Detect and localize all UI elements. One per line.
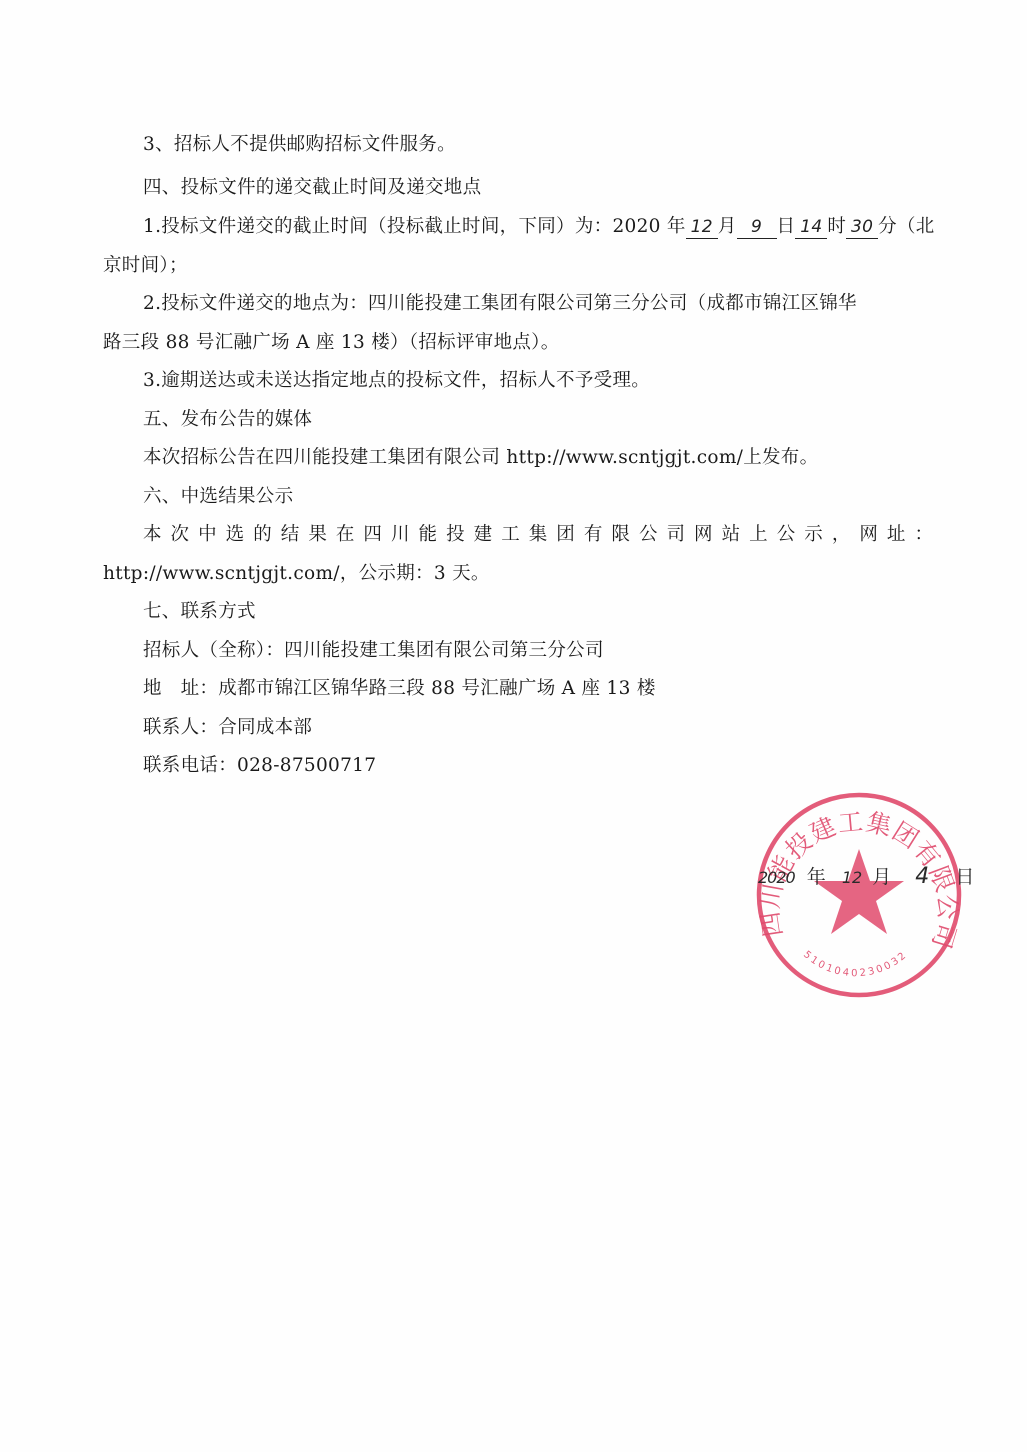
official-seal: 四川能投建工集团有限公司第三分公司 5101040230032 bbox=[755, 791, 963, 999]
sign-month: 12 bbox=[842, 863, 862, 893]
result-publicity-line: 本次中选的结果在四川能投建工集团有限公司网站上公示，网址： bbox=[143, 520, 933, 550]
deadline-day-handwritten: 9 bbox=[737, 216, 777, 239]
section-6-heading: 六、中选结果公示 bbox=[143, 482, 973, 512]
deadline-line: 1.投标文件递交的截止时间（投标截止时间，下同）为：2020 年12月9日14时… bbox=[143, 212, 973, 242]
deadline-month-handwritten: 12 bbox=[686, 216, 718, 239]
sign-year: 2020 bbox=[758, 863, 795, 893]
publication-media-line: 本次招标公告在四川能投建工集团有限公司 http://www.scntjgjt.… bbox=[143, 443, 973, 473]
deadline-continuation: 京时间）； bbox=[103, 251, 933, 281]
contact-person: 联系人：合同成本部 bbox=[143, 713, 973, 743]
section-5-heading: 五、发布公告的媒体 bbox=[143, 405, 973, 435]
hour-unit: 时 bbox=[827, 216, 846, 237]
section-4-heading: 四、投标文件的递交截止时间及递交地点 bbox=[143, 173, 973, 203]
signature-date: 2020 年 12 月 4 日 bbox=[758, 862, 974, 892]
submission-location-continuation: 路三段 88 号汇融广场 A 座 13 楼）（招标评审地点）。 bbox=[103, 328, 933, 358]
day-unit: 日 bbox=[777, 216, 796, 237]
deadline-hour-handwritten: 14 bbox=[795, 216, 827, 239]
tenderer-address: 地 址：成都市锦江区锦华路三段 88 号汇融广场 A 座 13 楼 bbox=[143, 674, 973, 704]
sign-month-unit: 月 bbox=[872, 862, 891, 892]
contact-phone: 联系电话：028-87500717 bbox=[143, 751, 973, 781]
seal-serial-number: 5101040230032 bbox=[801, 949, 910, 979]
deadline-prefix: 1.投标文件递交的截止时间（投标截止时间，下同）为：2020 年 bbox=[143, 216, 686, 237]
late-submission-clause: 3.逾期送达或未送达指定地点的投标文件，招标人不予受理。 bbox=[143, 366, 973, 396]
deadline-suffix: 分（北 bbox=[878, 216, 934, 237]
deadline-minute-handwritten: 30 bbox=[846, 216, 878, 239]
document-page: 3、招标人不提供邮购招标文件服务。 四、投标文件的递交截止时间及递交地点 1.投… bbox=[0, 0, 1027, 1452]
sign-day-unit: 日 bbox=[955, 862, 974, 892]
submission-location-line: 2.投标文件递交的地点为：四川能投建工集团有限公司第三分公司（成都市锦江区锦华 bbox=[143, 289, 973, 319]
sign-year-unit: 年 bbox=[807, 862, 826, 892]
tenderer-name: 招标人（全称）：四川能投建工集团有限公司第三分公司 bbox=[143, 636, 973, 666]
section-7-heading: 七、联系方式 bbox=[143, 597, 973, 627]
clause-3-no-mail: 3、招标人不提供邮购招标文件服务。 bbox=[143, 130, 973, 160]
month-unit: 月 bbox=[718, 216, 737, 237]
result-publicity-continuation: http://www.scntjgjt.com/，公示期：3 天。 bbox=[103, 559, 933, 589]
sign-day: 4 bbox=[915, 862, 929, 892]
